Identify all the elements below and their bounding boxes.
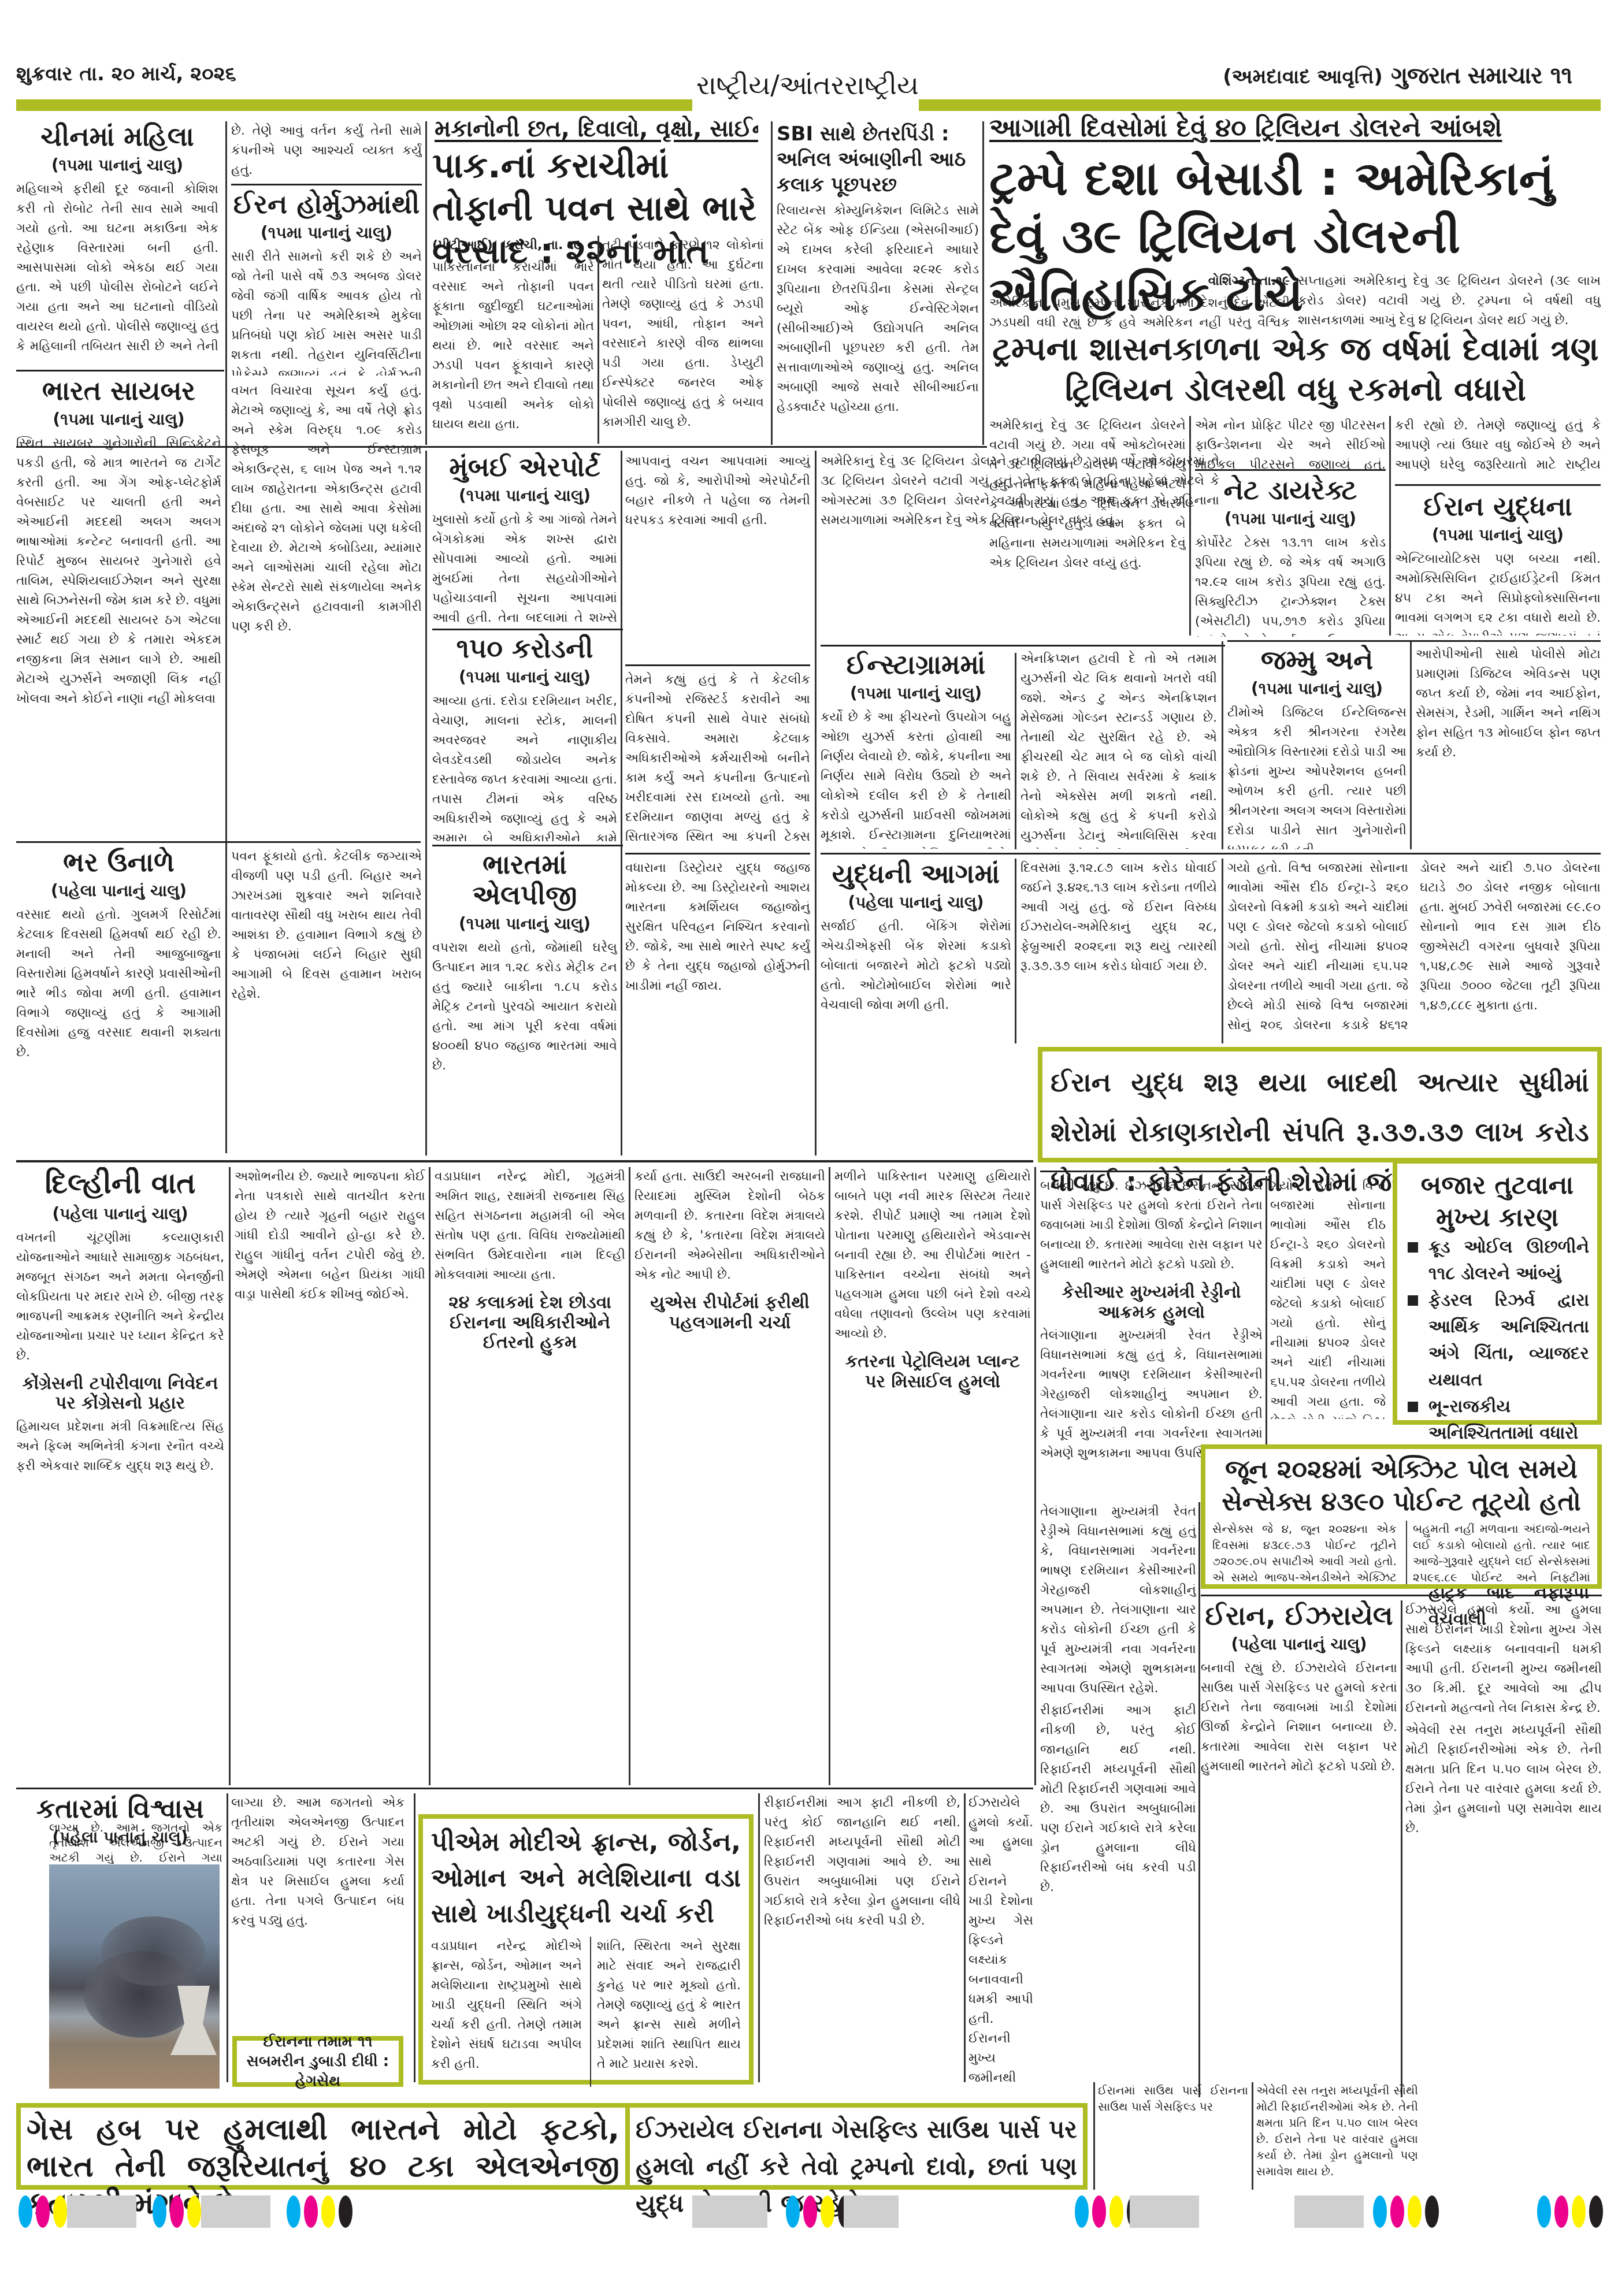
continued-label: (પહેલા પાનાનું ચાલુ) — [16, 1204, 224, 1224]
article-body: તેમને કહ્યું હતું કે તે કેટલીક કંપનીઓ રજ… — [625, 670, 810, 844]
pm-modi-box: પીએમ મોદીએ ફ્રાન્સ, જોર્ડન, ઓમાન અને મલે… — [418, 1814, 754, 2085]
article-body: રીફાઈનરીમાં આગ ફાટી નીકળી છે, પરંતુ કોઈ … — [1040, 1701, 1196, 1897]
masthead-accent-bar-right — [919, 99, 1601, 111]
masthead-right: (અમદાવાદ આવૃત્તિ) ગુજરાત સમાચાર ૧૧ — [1223, 62, 1572, 89]
article-body: રીફાઈનરીમાં આગ ફાટી નીકળી છે, પરંતુ કોઈ … — [764, 1793, 960, 1931]
section-divider — [821, 853, 1601, 855]
magenta-dot-icon — [170, 2195, 184, 2228]
article-qatar-vishwas-body: લાગ્યા છે. આમ જગતનો એક તૃતીયાંશ એલએનજી ઉ… — [49, 1820, 222, 1866]
bottom-left-headline-box: ગેસ હબ પર હુમલાથી ભારતને મોટો ફટકો, ભારત… — [16, 2103, 630, 2190]
sbi-headline: SBI સાથે છેતરપિંડી : અનિલ અંબાણીની આઠ કલ… — [777, 121, 979, 198]
subsection-title: કેસીઆર મુખ્યમંત્રી રેડ્ડીનો આક્રમક હુમલો — [1040, 1283, 1263, 1322]
article-body: બનાવી રહ્યું છે. ઈઝરાયેલે ઈરાનના સાઉથ પા… — [1201, 1659, 1397, 1777]
article-title: ઈન્સ્ટાગ્રામમાં — [821, 649, 1011, 680]
section-divider — [1195, 469, 1386, 471]
article-body: અશોભનીય છે. જ્યારે ભાજપના કોઈ નેતા પત્રક… — [235, 1167, 425, 1305]
article-title: મુંબઈ એરપોર્ટ — [432, 452, 617, 482]
magenta-dot-icon — [304, 2195, 318, 2228]
article-jammu-cont: આરોપીઓની સાથે પોલીસે મોટા પ્રમાણમાં ડિજિ… — [1416, 645, 1601, 849]
section-divider — [1227, 640, 1601, 642]
article-instagram: ઈન્સ્ટાગ્રામમાં (૧૫મા પાનાનું ચાલુ) કર્ય… — [821, 649, 1011, 849]
article-title: ચીનમાં મહિલા — [16, 121, 218, 152]
article-title: યુદ્ધની આગમાં — [821, 859, 1011, 889]
black-dot-icon — [339, 2195, 352, 2228]
continued-label: (૧૫મા પાનાનું ચાલુ) — [231, 223, 422, 243]
continued-label: (૧૫મા પાનાનું ચાલુ) — [1227, 679, 1407, 699]
article-title: ઈરાન યુદ્ધના — [1395, 491, 1601, 522]
magenta-dot-icon — [803, 2195, 817, 2228]
karachi-kicker: મકાનોની છત, દિવાલો, વૃક્ષો, સાઈનબોર્ડ તૂ… — [435, 116, 758, 142]
column-divider — [1410, 641, 1412, 849]
cyan-dot-icon — [1075, 2195, 1089, 2228]
section-divider — [1395, 484, 1601, 486]
article-china-woman: ચીનમાં મહિલા (૧૫મા પાનાનું ચાલુ) મહિલાએ … — [16, 121, 218, 358]
continued-label: (૧૫મા પાનાનું ચાલુ) — [1395, 525, 1601, 545]
registration-marks — [1373, 2195, 1439, 2228]
section-divider — [432, 845, 623, 846]
article-body: ગયો હતો. વિશ્વ બજારમાં સોનાના ભાવોમાં ઔં… — [1270, 1176, 1386, 1419]
article-title: દિલ્હીની વાત — [16, 1167, 224, 1201]
section-divider — [1040, 1171, 1266, 1172]
article-body: ટીમોએ ડિજિટલ ઈન્ટેલિજન્સ એકત્ર કરી શ્રીન… — [1227, 703, 1407, 849]
continued-label: (પહેલા પાનાનું ચાલુ) — [1201, 1634, 1397, 1654]
bottom-right-col1: ઈરાનમાં સાઉથ પાર્સ ઈરાનના સાઉથ પાર્સ ગેસ… — [1098, 2082, 1248, 2190]
article-body: ઈરાનમાં સાઉથ પાર્સ ઈરાનના સાઉથ પાર્સ ગેસ… — [1098, 2082, 1248, 2115]
article-body: આવ્યા હતાં. દરોડા દરમિયાન ખરીદ, વેચાણ, મ… — [432, 692, 617, 841]
column-divider — [1034, 1167, 1036, 1785]
sensex-2024-headline: જૂન ૨૦૨૪માં એક્ઝિટ પોલ સમયે સેન્સેક્સ ૪૩… — [1212, 1454, 1590, 1518]
article-ras-laffan-cont: ઈઝરાયેલે હુમલો કર્યો. આ હુમલા સાથે ઈરાનન… — [968, 1793, 1033, 2082]
article-body: ખુલાસો કર્યો હતો કે આ ગાંજો તેમને બેંગકો… — [432, 510, 617, 625]
article-body: વખત વિચારવા સૂચન કર્યું હતું. મેટાએ જણાવ… — [231, 381, 422, 637]
yellow-dot-icon — [321, 2195, 335, 2228]
article-title: કતારમાં વિશ્વાસ — [16, 1793, 224, 1824]
us-debt-col-c: કરી રહ્યો છે. તેમણે જણાવ્યું હતું કે આપણ… — [1395, 416, 1601, 474]
column-divider — [1222, 859, 1223, 1043]
article-body: તેલંગાણાના મુખ્યમંત્રી રેવંત રેડ્ડીએ વિધ… — [1040, 1502, 1196, 1699]
article-net-direct: નેટ ડાયરેક્ટ (૧૫મા પાનાનું ચાલુ) કોર્પોર… — [1195, 475, 1386, 637]
article-body: તેલંગાણાના મુખ્યમંત્રી રેવંત રેડ્ડીએ વિધ… — [1040, 1326, 1263, 1463]
column-divider — [1093, 2082, 1095, 2190]
cyan-dot-icon — [287, 2195, 300, 2228]
yellow-dot-icon — [187, 2195, 201, 2228]
article-body: લાગ્યા છે. આમ જગતનો એક તૃતીયાંશ એલએનજી ઉ… — [231, 1793, 404, 1931]
section-divider — [625, 664, 810, 666]
article-body: આરોપીઓની સાથે પોલીસે મોટા પ્રમાણમાં ડિજિ… — [1416, 645, 1601, 763]
article-sbi: SBI સાથે છેતરપિંડી : અનિલ અંબાણીની આઠ કલ… — [777, 121, 979, 445]
article-title: ભારત સાયબર — [16, 376, 221, 406]
market-reasons-title: બજાર તુટવાના મુખ્ય કારણ — [1405, 1169, 1589, 1234]
newspaper-brand: ગુજરાત સમાચાર — [1391, 62, 1542, 89]
agency-label: (પીટીઆઈ) — [432, 238, 493, 252]
article-lpg: ભારતમાં એલપીજી (૧૫મા પાનાનું ચાલુ) વપરાશ… — [432, 849, 617, 1156]
section-divider — [16, 370, 224, 371]
article-title: ભારતમાં એલપીજી — [432, 849, 617, 911]
column-divider — [982, 121, 984, 445]
article-150-crore: ૧૫૦ કરોડની (૧૫મા પાનાનું ચાલુ) આવ્યા હતા… — [432, 633, 617, 841]
cyan-dot-icon — [153, 2195, 166, 2228]
section-divider — [821, 645, 1225, 647]
dateline: વોશિંગ્ટન,તા.૧૯ — [1208, 274, 1290, 288]
article-delhi: દિલ્હીની વાત (પહેલા પાનાનું ચાલુ) વખતની … — [16, 1167, 224, 1785]
article-instagram-cont: એનક્રિપ્શન હટાવી દે તો એ તમામ યુઝર્સની ચ… — [1020, 649, 1217, 849]
cyan-dot-icon — [786, 2195, 800, 2228]
grey-registration-bar — [1294, 2195, 1364, 2228]
article-body: ઈઝરાયેલે હુમલો કર્યો. આ હુમલા સાથે ઈરાનન… — [968, 1793, 1033, 2082]
article-delhi-col4: કર્યા હતા. સાઉદી અરબની રાજધાની રિયાદમાં … — [634, 1167, 825, 1785]
market-crash-box: ઈરાન યુદ્ધ શરૂ થયા બાદથી અત્યાર સુધીમાં … — [1038, 1047, 1602, 1162]
article-body: અમેરિકાનું દેવું ૩૯ ટ્રિલિયન ડોલરને વટાવ… — [821, 452, 1219, 530]
magenta-dot-icon — [36, 2195, 50, 2228]
cyan-dot-icon — [18, 2195, 32, 2228]
article-body: શાંતિ, સ્થિરતા અને સુરક્ષા માટે સંવાદ અન… — [597, 1937, 741, 2074]
article-body: વખતની ચૂંટણીમાં કલ્યાણકારી યોજનાઓને આધાર… — [16, 1228, 224, 1366]
article-body: એમ નોન પ્રોફિટ પીટર જી પીટરસન ફાઉન્ડેશનન… — [1195, 416, 1386, 471]
article-mumbai-airport: મુંબઈ એરપોર્ટ (૧૫મા પાનાનું ચાલુ) ખુલાસો… — [432, 452, 617, 625]
continued-label: (પહેલા પાનાનું ચાલુ) — [16, 881, 221, 901]
column-divider — [225, 121, 227, 916]
karachi-body-right: તૂટી પડવાને કારણે ૧૨ લોકોનાં મોત થયાં હત… — [602, 236, 764, 444]
article-body: સ્થિત સાયબર ગુનેગારોની સિન્ડિકેટને પકડી … — [16, 434, 221, 709]
continued-label: (૧૫મા પાનાનું ચાલુ) — [432, 667, 617, 687]
sensex-2024-body-left: સેન્સેક્સ જે ૪, જૂન ૨૦૨૪ના એક દિવસમાં ૪૩… — [1212, 1521, 1397, 1584]
article-title: ૧૫૦ કરોડની — [432, 633, 617, 664]
article-body: આપવાનું વચન આપવામાં આવ્યું હતું. જો કે, … — [625, 452, 810, 530]
article-body: લાગ્યા છે. આમ જગતનો એક તૃતીયાંશ એલએનજી ઉ… — [49, 1820, 222, 1866]
column-divider — [829, 1167, 830, 1785]
column-divider — [815, 451, 817, 1156]
article-body: વડાપ્રધાન નરેન્દ્ર મોદીએ ફ્રાન્સ, જોર્ડન… — [431, 1937, 582, 2074]
magenta-dot-icon — [1390, 2195, 1404, 2228]
section-divider — [16, 1788, 1033, 1789]
article-body: રિલાયન્સ કોમ્યુનિકેશન લિમિટેડ સામે સ્ટેટ… — [777, 201, 979, 417]
bottom-right-headline-box: ઈઝરાયેલ ઈરાનના ગેસફિલ્ડ સાઉથ પાર્સ પર હુ… — [625, 2103, 1088, 2190]
dateline: કરાચી, તા. ૧૯ — [505, 238, 581, 252]
section-divider — [16, 841, 421, 843]
column-divider — [629, 1167, 630, 1785]
column-divider — [225, 847, 227, 1153]
article-lead: છે. તેણે આવું વર્તન કર્યું તેની સામે કંપ… — [231, 121, 422, 180]
article-body: ગયો હતો. વિશ્વ બજારમાં સોનાના ભાવોમાં ઔં… — [1227, 859, 1601, 1035]
article-war-fire: યુદ્ધની આગમાં (પહેલા પાનાનું ચાલુ) સર્જા… — [821, 859, 1011, 1043]
list-item: ક્રૂડ ઓઈલ ઊછળીને ૧૧૮ ડોલરને આંબ્યું — [1405, 1234, 1589, 1287]
grey-registration-bar — [844, 2195, 899, 2228]
yellow-dot-icon — [53, 2195, 67, 2228]
article-body: ઈઝરાયેલે હુમલો કર્યો. આ હુમલા સાથે ઈરાનન… — [1405, 1600, 1602, 1718]
article-body: વધારાના ડિસ્ટ્રોયર યુદ્ધ જહાજ મોકલ્યા છે… — [625, 859, 810, 996]
article-lpg-cont: વધારાના ડિસ્ટ્રોયર યુદ્ધ જહાજ મોકલ્યા છે… — [625, 859, 810, 1153]
section-divider — [231, 184, 422, 185]
article-body: વરસાદ થયો હતો. ગુલમર્ગ રિસોર્ટમાં કેટલાક… — [16, 905, 221, 1062]
column-divider — [414, 1793, 415, 2082]
article-body: સેન્સેક્સ જે ૪, જૂન ૨૦૨૪ના એક દિવસમાં ૪૩… — [1212, 1521, 1397, 1584]
section-divider — [432, 629, 623, 630]
continued-label: (૧૫મા પાનાનું ચાલુ) — [16, 410, 221, 429]
yellow-dot-icon — [1572, 2195, 1586, 2228]
bottom-right-col2: એવેલી રસ તનુરા મધ્યપૂર્વની સૌથી મોટી રિફ… — [1256, 2082, 1418, 2190]
article-ras-laffan: રીફાઈનરીમાં આગ ફાટી નીકળી છે, પરંતુ કોઈ … — [764, 1793, 960, 2082]
subsection-title: યુએસ રીપોર્ટમાં ફરીથી પહલગામની ચર્ચા — [634, 1293, 825, 1333]
article-bharat-cyber: ભારત સાયબર (૧૫મા પાનાનું ચાલુ) સ્થિત સાય… — [16, 376, 221, 838]
masthead-accent-bar-left — [16, 99, 692, 111]
column-divider — [227, 1793, 228, 2082]
black-dot-icon — [1589, 2195, 1603, 2228]
article-body: કર્યા હતા. સાઉદી અરબની રાજધાની રિયાદમાં … — [634, 1167, 825, 1285]
page-number: ૧૧ — [1550, 62, 1572, 89]
article-delhi-col3: વડાપ્રધાન નરેન્દ્ર મોદી, ગૃહમંત્રી અમિત … — [435, 1167, 625, 1785]
pm-modi-headline: પીએમ મોદીએ ફ્રાન્સ, જોર્ડન, ઓમાન અને મલે… — [431, 1825, 741, 1932]
article-jammu: જમ્મુ અને (૧૫મા પાનાનું ચાલુ) ટીમોએ ડિજિ… — [1227, 645, 1407, 849]
article-iran-war: ઈરાન યુદ્ધના (૧૫મા પાનાનું ચાલુ) એન્ટિબા… — [1395, 491, 1601, 636]
article-qatar-cont: લાગ્યા છે. આમ જગતનો એક તૃતીયાંશ એલએનજી ઉ… — [231, 1793, 404, 2036]
photo-caption-box: ઈરાનના તમામ ૧૧ સબમરીન ડુબાડી દીધી : હેગસ… — [232, 2036, 403, 2087]
article-body: એનક્રિપ્શન હટાવી દે તો એ તમામ યુઝર્સની ચ… — [1020, 649, 1217, 849]
continued-label: (૧૫મા પાનાનું ચાલુ) — [821, 683, 1011, 703]
article-body: એવેલી રસ તનુરા મધ્યપૂર્વની સૌથી મોટી રિફ… — [1405, 1721, 1602, 1838]
article-title: ઈરાન, ઈઝરાયેલ — [1201, 1600, 1397, 1631]
subsection-title: કતરના પેટ્રોલિયમ પ્લાન્ટ પર મિસાઈલ હુમલો — [834, 1352, 1031, 1392]
article-body: મળીને પાકિસ્તાન પરમાણુ હથિયારો બાબતે પણ … — [834, 1167, 1031, 1344]
list-item: ભૂ-રાજકીય અનિશ્ચિતતામાં વધારો — [1405, 1394, 1589, 1447]
grey-registration-bar — [692, 2195, 767, 2228]
article-body: કોર્પોરેટ ટેક્સ ૧૩.૧૧ લાખ કરોડ રૂપિયા રહ… — [1195, 533, 1386, 637]
cyan-dot-icon — [1373, 2195, 1387, 2228]
continued-label: (૧૫મા પાનાનું ચાલુ) — [1195, 509, 1386, 529]
article-war-fire-cont: દિવસમાં રૂ.૧૨.૮૭ લાખ કરોડ ધોવાઈ જઈને રૂ.… — [1020, 859, 1217, 1043]
article-delhi-col2: અશોભનીય છે. જ્યારે ભાજપના કોઈ નેતા પત્રક… — [235, 1167, 425, 1785]
continued-label: (૧૫મા પાનાનું ચાલુ) — [432, 914, 617, 934]
article-body: હિમાચલ પ્રદેશના મંત્રી વિક્રમાદિત્ય સિંહ… — [16, 1417, 224, 1476]
edition-label: (અમદાવાદ આવૃત્તિ) — [1223, 65, 1383, 88]
article-body: પવન ફૂંકાયો હતો. કેટલીક જગ્યાએ વીજળી પણ … — [231, 847, 422, 1004]
article-title: ભર ઉનાળે — [16, 847, 221, 878]
list-item: ફેડરલ રિઝર્વ દ્વારા આર્થિક અનિશ્ચિતતા અં… — [1405, 1287, 1589, 1394]
us-debt-kicker: આગામી દિવસોમાં દેવું ૪૦ ટ્રિલિયન ડોલરને … — [989, 113, 1602, 143]
us-debt-body-right: સપ્તાહમાં અમેરિકાનું દેવું ૩૯ ટ્રિલિયન ડ… — [1298, 272, 1601, 329]
article-body: તૂટી પડવાને કારણે ૧૨ લોકોનાં મોત થયાં હત… — [602, 236, 764, 432]
section-divider — [625, 853, 810, 855]
column-divider — [429, 1167, 431, 1785]
article-mumbai-airport-cont: આપવાનું વચન આપવામાં આવ્યું હતું. જો કે, … — [625, 452, 810, 625]
article-body: કરી રહ્યો છે. તેમણે જણાવ્યું હતું કે આપણ… — [1395, 416, 1601, 474]
article-body: સપ્તાહમાં અમેરિકાનું દેવું ૩૯ ટ્રિલિયન ડ… — [1298, 272, 1601, 329]
grey-registration-bar — [1130, 2195, 1199, 2228]
article-body: એન્ટિબાયોટિક્સ પણ બચ્યા નથી. અમોક્સિસિલિ… — [1395, 549, 1601, 636]
article-body: સર્જાઈ હતી. બેંકિંગ શેરોમાં એચડીએફસી બેં… — [821, 917, 1011, 1015]
article-bharat-cyber-cont: વખત વિચારવા સૂચન કર્યું હતું. મેટાએ જણાવ… — [231, 381, 422, 838]
column-divider — [1252, 2082, 1253, 2190]
us-debt-body-left: વોશિંગ્ટન,તા.૧૯ અમેરિકાના પ્રમુખ ટ્રમ્પન… — [989, 272, 1290, 329]
sensex-2024-box: જૂન ૨૦૨૪માં એક્ઝિટ પોલ સમયે સેન્સેક્સ ૪૩… — [1201, 1444, 1602, 1589]
cyan-dot-icon — [1537, 2195, 1551, 2228]
photo-caption: ઈરાનના તમામ ૧૧ સબમરીન ડુબાડી દીધી : હેગસ… — [239, 2032, 396, 2091]
magenta-dot-icon — [1554, 2195, 1568, 2228]
registration-marks — [287, 2195, 352, 2228]
column-divider — [1198, 1502, 1200, 2097]
column-divider — [1015, 859, 1016, 1043]
article-iran-hormuz: છે. તેણે આવું વર્તન કર્યું તેની સામે કંપ… — [231, 121, 422, 376]
article-body: અમેરિકાના પ્રમુખ ટ્રમ્પના શાસનકાળમાં દેશ… — [989, 293, 1290, 329]
article-body: બનાવી રહ્યું છે. ઈઝરાયેલે ઈરાનના સાઉથ પા… — [1040, 1176, 1263, 1275]
column-divider — [621, 451, 622, 1156]
magenta-dot-icon — [1092, 2195, 1106, 2228]
pm-modi-body-left: વડાપ્રધાન નરેન્દ્ર મોદીએ ફ્રાન્સ, જોર્ડન… — [431, 1937, 582, 2087]
article-body: બહુમતી નહીં મળવાના અંદાજો-ભયને લઈ કડાકો … — [1413, 1521, 1590, 1584]
column-divider — [964, 1793, 966, 2082]
column-divider — [1401, 1600, 1402, 2097]
yellow-dot-icon — [821, 2195, 834, 2228]
article-body: એવેલી રસ તનુરા મધ્યપૂર્વની સૌથી મોટી રિફ… — [1256, 2082, 1418, 2179]
article-title: જમ્મુ અને — [1227, 645, 1407, 675]
column-divider — [425, 451, 427, 1156]
registration-marks — [1537, 2195, 1603, 2228]
column-divider — [758, 1793, 760, 2082]
column-divider — [229, 1167, 231, 1785]
grey-registration-bar — [67, 2195, 136, 2228]
continued-label: (૧૫મા પાનાનું ચાલુ) — [432, 486, 617, 506]
column-divider — [425, 121, 427, 445]
article-gold: ગયો હતો. વિશ્વ બજારમાં સોનાના ભાવોમાં ઔં… — [1270, 1176, 1386, 1419]
article-body: દિવસમાં રૂ.૧૨.૮૭ લાખ કરોડ ધોવાઈ જઈને રૂ.… — [1020, 859, 1217, 976]
article-body: વડાપ્રધાન નરેન્દ્ર મોદી, ગૃહમંત્રી અમિત … — [435, 1167, 625, 1285]
us-debt-col-b: એમ નોન પ્રોફિટ પીટર જી પીટરસન ફાઉન્ડેશનન… — [1195, 416, 1386, 471]
subsection-title: ૨૪ કલાકમાં દેશ છોડવા ઈરાનના અધિકારીઓને ઈ… — [435, 1293, 625, 1353]
column-divider — [771, 121, 773, 445]
smoke-cloud — [101, 1916, 205, 1986]
sensex-2024-body-right: બહુમતી નહીં મળવાના અંદાજો-ભયને લઈ કડાકો … — [1406, 1521, 1590, 1584]
section-title: રાષ્ટ્રીય/આંતરરાષ્ટ્રીય — [696, 69, 919, 102]
continued-label: (પહેલા પાનાનું ચાલુ) — [821, 893, 1011, 912]
article-bhar-unale-cont: પવન ફૂંકાયો હતો. કેટલીક જગ્યાએ વીજળી પણ … — [231, 847, 422, 1153]
section-divider — [16, 1160, 1033, 1162]
subsection-title: કોંગ્રેસની ટપોરીવાળા નિવેદન પર કોંગ્રેસન… — [16, 1374, 224, 1414]
yellow-dot-icon — [1109, 2195, 1123, 2228]
market-reasons-box: બજાર તુટવાના મુખ્ય કારણ ક્રૂડ ઓઈલ ઊછળીને… — [1393, 1159, 1602, 1425]
column-divider — [1222, 641, 1223, 849]
us-debt-subhead: ટ્રમ્પના શાસનકાળના એક જ વર્ષમાં દેવામાં … — [989, 329, 1602, 410]
grey-registration-bar — [201, 2195, 270, 2228]
article-ras-laffan-col: તેલંગાણાના મુખ્યમંત્રી રેવંત રેડ્ડીએ વિધ… — [1040, 1502, 1196, 2097]
article-body: પાકિસ્તાનના કરાચીમાં ભારે વરસાદ અને તોફા… — [432, 258, 594, 434]
black-dot-icon — [1425, 2195, 1439, 2228]
article-title: ઈરન હોર્મુઝમાંથી — [231, 189, 422, 220]
issue-date: શુક્રવાર તા. ૨૦ માર્ચ, ૨૦૨૬ — [16, 62, 236, 86]
article-body: કર્યો છે કે આ ફીચરનો ઉપયોગ બહુ ઓછા યુઝર્… — [821, 708, 1011, 849]
column-divider — [1015, 653, 1016, 849]
article-150-crore-cont: તેમને કહ્યું હતું કે તે કેટલીક કંપનીઓ રજ… — [625, 670, 810, 844]
column-divider — [598, 236, 599, 444]
article-iran-israel: ઈરાન, ઈઝરાયેલ (પહેલા પાનાનું ચાલુ) બનાવી… — [1201, 1600, 1397, 2097]
article-body: મહિલાએ ફરીથી દૂર જવાની કોશિશ કરી તો રોબો… — [16, 180, 218, 358]
article-bhar-unale: ભર ઉનાળે (પહેલા પાનાનું ચાલુ) વરસાદ થયો … — [16, 847, 221, 1153]
refinery-smoke-photo — [49, 1864, 220, 2089]
column-divider — [1389, 416, 1391, 636]
article-delhi-col5: મળીને પાકિસ્તાન પરમાણુ હથિયારો બાબતે પણ … — [834, 1167, 1031, 1785]
article-war-fire-cont2: ગયો હતો. વિશ્વ બજારમાં સોનાના ભાવોમાં ઔં… — [1227, 859, 1601, 1043]
yellow-dot-icon — [1408, 2195, 1422, 2228]
article-body: સારી રીતે સામનો કરી શકે છે અને જો તેની પ… — [231, 247, 422, 376]
article-title: નેટ ડાયરેક્ટ — [1195, 475, 1386, 506]
registration-marks — [786, 2195, 852, 2228]
section-divider — [1201, 1595, 1602, 1596]
article-iran-israel-cont: ઈઝરાયેલે હુમલો કર્યો. આ હુમલા સાથે ઈરાનન… — [1405, 1600, 1602, 2097]
article-body: વપરાશ થયો હતો, જેમાંથી ઘરેલુ ઉત્પાદન માત… — [432, 938, 617, 1076]
continued-label: (૧૫મા પાનાનું ચાલુ) — [16, 155, 218, 175]
us-debt-continuation: અમેરિકાનું દેવું ૩૯ ટ્રિલિયન ડોલરને વટાવ… — [821, 452, 1219, 642]
pm-modi-body-right: શાંતિ, સ્થિરતા અને સુરક્ષા માટે સંવાદ અન… — [590, 1937, 741, 2087]
